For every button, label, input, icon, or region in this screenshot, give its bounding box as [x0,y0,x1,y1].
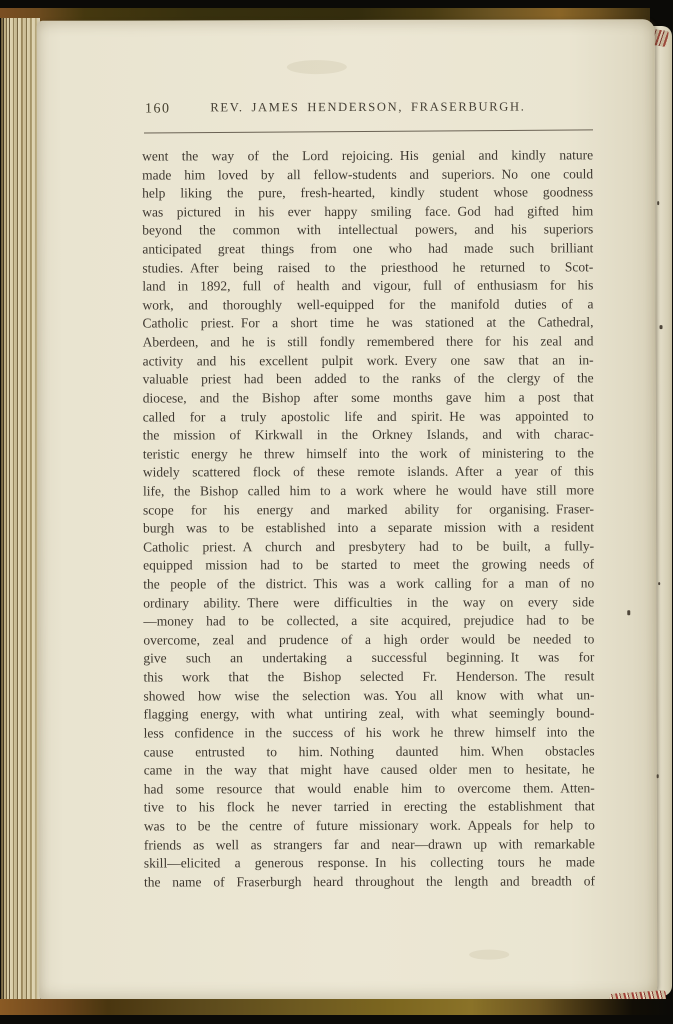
text-line: had some resource that would enable him … [144,779,595,799]
page-header: 160 REV. JAMES HENDERSON, FRASERBURGH. [142,99,594,120]
text-line: Catholic priest. A church and presbytery… [143,537,594,557]
text-line: overcome, zeal and prudence of a high or… [143,630,594,650]
text-line: Aberdeen, and he is still fondly remembe… [143,332,594,352]
text-line: give such an undertaking a successful be… [143,649,594,669]
paper-stain [287,60,347,74]
ink-speck [657,201,659,205]
text-line: help liking the pure, fresh-hearted, kin… [142,184,593,204]
page-number: 160 [145,101,171,117]
text-line: teristic energy he threw himself into th… [143,444,594,464]
book-cover-bottom-edge [0,999,673,1015]
text-line: called for a truly apostolic life and sp… [143,407,594,427]
text-line: came in the way that might have caused o… [144,760,595,780]
ink-speck [657,774,659,778]
text-line: the mission of Kirkwall in the Orkney Is… [143,425,594,445]
text-line: Catholic priest. For a short time he was… [142,314,593,334]
ink-speck [660,325,663,329]
text-line: flagging energy, with what untiring zeal… [144,705,595,725]
text-line: burgh was to be established into a separ… [143,519,594,539]
running-header: REV. JAMES HENDERSON, FRASERBURGH. [142,99,594,115]
text-line: land in 1892, full of health and vigour,… [142,277,593,297]
ink-speck [627,610,630,615]
text-line: diocese, and the Bishop after some month… [143,388,594,408]
text-line: —money had to be collected, a site acqui… [143,612,594,632]
text-line: made him loved by all fellow-students an… [142,165,593,185]
text-line: the name of Fraserburgh heard throughout… [144,872,595,892]
text-line: anticipated great things from one who ha… [142,239,593,259]
text-line: life, the Bishop called him to a work wh… [143,481,594,501]
text-line: this work that the Bishop selected Fr. H… [143,667,594,687]
text-line: tive to his flock he never tarried in er… [144,798,595,818]
text-line: ordinary ability. There were difficultie… [143,593,594,613]
paper-stain [469,950,509,960]
text-line: was pictured in his ever happy smiling f… [142,202,593,222]
header-rule [144,129,593,134]
text-line: scope for his energy and marked ability … [143,500,594,520]
text-line: studies. After being raised to the pries… [142,258,593,278]
book-page: 160 REV. JAMES HENDERSON, FRASERBURGH. w… [37,19,658,1003]
book-photo: 160 REV. JAMES HENDERSON, FRASERBURGH. w… [0,0,673,1024]
body-text: went the way of the Lord rejoicing. His … [142,146,595,892]
ink-speck [658,582,660,585]
text-line: the people of the district. This was a w… [143,574,594,594]
text-line: showed how wise the selection was. You a… [143,686,594,706]
text-line: less confidence in the success of his wo… [144,723,595,743]
text-line: was to be the centre of future missionar… [144,816,595,836]
text-line: widely scattered flock of these remote i… [143,463,594,483]
text-line: friends as well as strangers far and nea… [144,835,595,855]
text-line: beyond the common with intellectual powe… [142,221,593,241]
text-line: valuable priest had been added to the ra… [143,370,594,390]
text-line: activity and his excellent pulpit work. … [143,351,594,371]
text-line: cause entrusted to him. Nothing daunted … [144,742,595,762]
text-line: skill—elicited a generous response. In h… [144,854,595,874]
text-line: work, and thoroughly well-equipped for t… [142,295,593,315]
page-edges-left [0,18,40,1002]
text-line: equipped mission had to be started to me… [143,556,594,576]
text-line: went the way of the Lord rejoicing. His … [142,146,593,166]
